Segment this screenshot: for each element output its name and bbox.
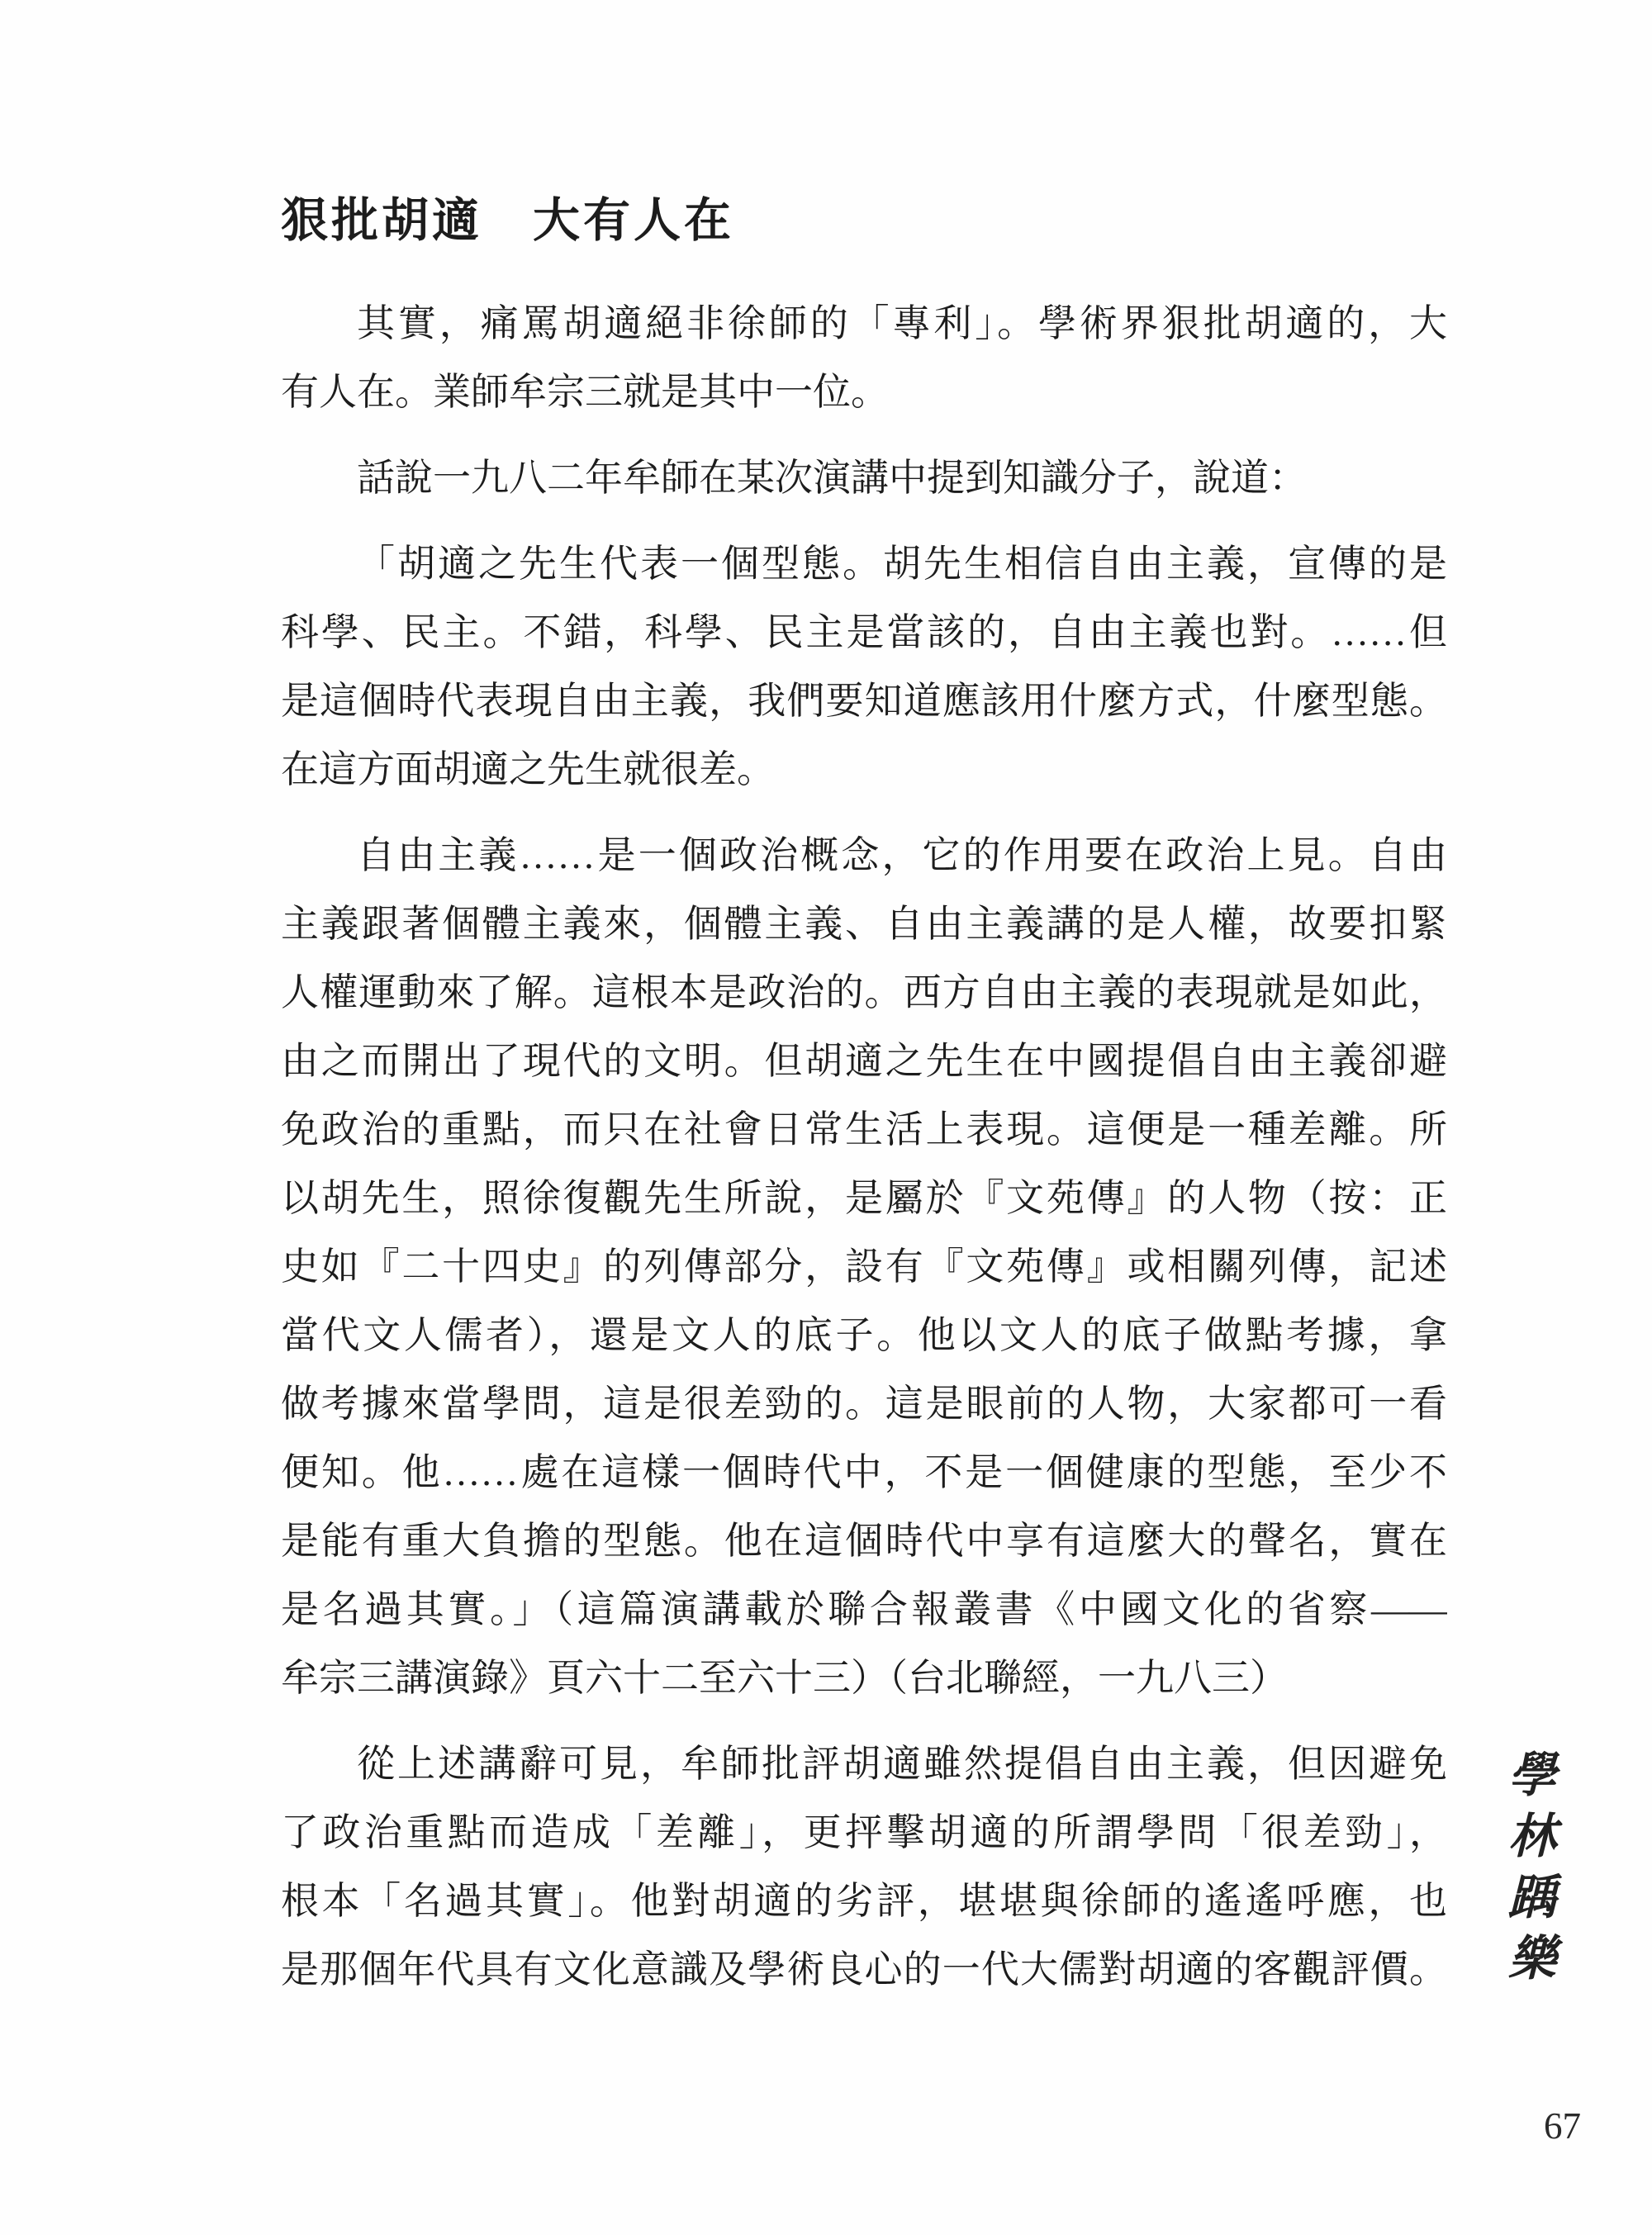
book-page: 狠批胡適 大有人在 其實，痛罵胡適絕非徐師的「專利」。學術界狠批胡適的，大有人在… — [0, 0, 1652, 2235]
text-line: 免政治的重點，而只在社會日常生活上表現。這便是一種差離。所 — [281, 1095, 1447, 1164]
paragraph: 「胡適之先生代表一個型態。胡先生相信自由主義，宣傳的是科學、民主。不錯，科學、民… — [281, 529, 1447, 804]
page-content: 狠批胡適 大有人在 其實，痛罵胡適絕非徐師的「專利」。學術界狠批胡適的，大有人在… — [281, 192, 1447, 2004]
text-line: 有人在。業師牟宗三就是其中一位。 — [281, 358, 1447, 426]
text-line: 做考據來當學問，這是很差勁的。這是眼前的人物，大家都可一看 — [281, 1369, 1447, 1438]
text-line: 自由主義……是一個政治概念，它的作用要在政治上見。自由 — [281, 821, 1447, 890]
text-line: 在這方面胡適之先生就很差。 — [281, 735, 1447, 804]
side-book-title-calligraphy: 學林踽樂 — [1493, 1749, 1563, 1994]
text-line: 話說一九八二年牟師在某次演講中提到知識分子，說道： — [281, 444, 1447, 512]
text-line: 史如『二十四史』的列傳部分，設有『文苑傳』或相關列傳，記述 — [281, 1232, 1447, 1301]
page-number: 67 — [1544, 2105, 1581, 2147]
text-line: 是這個時代表現自由主義，我們要知道應該用什麼方式，什麼型態。 — [281, 667, 1447, 735]
text-line: 人權運動來了解。這根本是政治的。西方自由主義的表現就是如此， — [281, 958, 1447, 1027]
text-line: 其實，痛罵胡適絕非徐師的「專利」。學術界狠批胡適的，大 — [281, 289, 1447, 358]
text-line: 以胡先生，照徐復觀先生所說，是屬於『文苑傳』的人物（按：正 — [281, 1164, 1447, 1232]
text-line: 根本「名過其實」。他對胡適的劣評，堪堪與徐師的遙遙呼應，也 — [281, 1867, 1447, 1935]
text-line: 便知。他……處在這樣一個時代中，不是一個健康的型態，至少不 — [281, 1438, 1447, 1507]
text-line: 是能有重大負擔的型態。他在這個時代中享有這麼大的聲名，實在 — [281, 1507, 1447, 1575]
text-line: 從上述講辭可見，牟師批評胡適雖然提倡自由主義，但因避免 — [281, 1730, 1447, 1798]
paragraph: 其實，痛罵胡適絕非徐師的「專利」。學術界狠批胡適的，大有人在。業師牟宗三就是其中… — [281, 289, 1447, 426]
paragraph: 從上述講辭可見，牟師批評胡適雖然提倡自由主義，但因避免了政治重點而造成「差離」，… — [281, 1730, 1447, 2004]
text-line: 「胡適之先生代表一個型態。胡先生相信自由主義，宣傳的是 — [281, 529, 1447, 598]
text-line: 由之而開出了現代的文明。但胡適之先生在中國提倡自由主義卻避 — [281, 1027, 1447, 1095]
text-line: 了政治重點而造成「差離」，更抨擊胡適的所謂學問「很差勁」， — [281, 1798, 1447, 1867]
text-line: 牟宗三講演錄》頁六十二至六十三）（台北聯經，一九八三） — [281, 1644, 1447, 1712]
text-line: 當代文人儒者），還是文人的底子。他以文人的底子做點考據，拿 — [281, 1301, 1447, 1369]
text-line: 是那個年代具有文化意識及學術良心的一代大儒對胡適的客觀評價。 — [281, 1935, 1447, 2004]
text-line: 科學、民主。不錯，科學、民主是當該的，自由主義也對。……但 — [281, 598, 1447, 667]
text-line: 是名過其實。」（這篇演講載於聯合報叢書《中國文化的省察—— — [281, 1575, 1447, 1644]
text-line: 主義跟著個體主義來，個體主義、自由主義講的是人權，故要扣緊 — [281, 890, 1447, 958]
body-text: 其實，痛罵胡適絕非徐師的「專利」。學術界狠批胡適的，大有人在。業師牟宗三就是其中… — [281, 289, 1447, 2004]
paragraph: 話說一九八二年牟師在某次演講中提到知識分子，說道： — [281, 444, 1447, 512]
section-heading: 狠批胡適 大有人在 — [281, 192, 1447, 251]
paragraph: 自由主義……是一個政治概念，它的作用要在政治上見。自由主義跟著個體主義來，個體主… — [281, 821, 1447, 1712]
